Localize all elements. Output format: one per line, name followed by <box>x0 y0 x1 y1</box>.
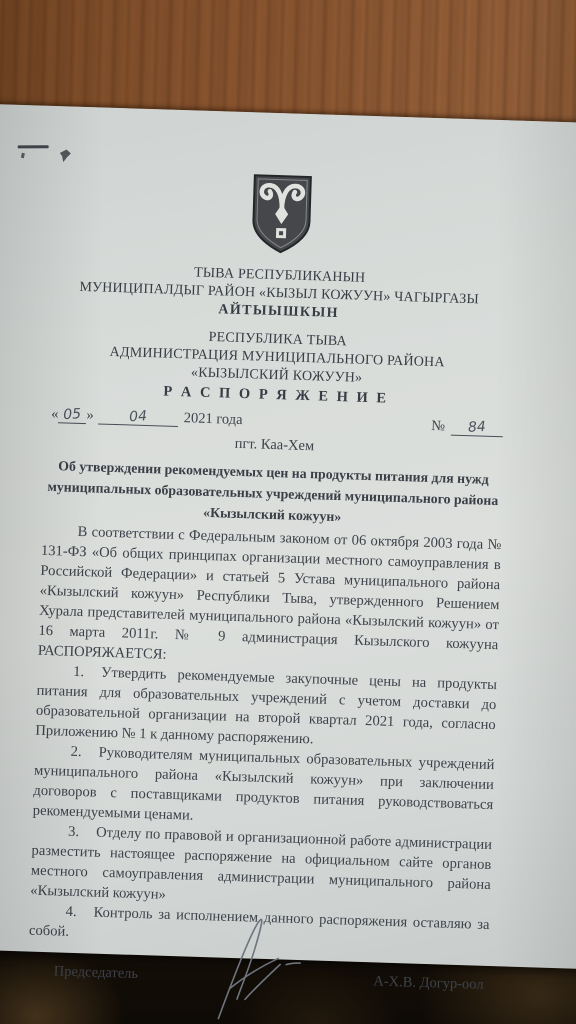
item-3-number: 3. <box>68 824 79 840</box>
handwritten-number: 84 <box>468 420 487 436</box>
pen-mark-dash <box>18 145 49 148</box>
date-field: «05»042021 года <box>51 406 243 429</box>
document-title: Об утверждении рекомендуемых цен на прод… <box>42 455 504 532</box>
item-2-text: Руководителям муниципальных образователь… <box>33 745 495 824</box>
signer-position: Председатель <box>53 963 138 983</box>
handwritten-month: 04 <box>128 409 147 425</box>
item-2-number: 2. <box>70 744 81 760</box>
handwritten-day: 05 <box>63 407 82 423</box>
item-1: 1.Утвердить рекомендуемые закупочные цен… <box>35 661 497 755</box>
tyva-coat-of-arms-icon <box>247 172 316 256</box>
item-3: 3.Отделу по правовой и организационной р… <box>30 821 492 915</box>
date-quote-close: » <box>86 407 94 423</box>
pen-mark-dot <box>21 153 25 159</box>
item-4-number: 4. <box>65 904 76 920</box>
year-label: 2021 года <box>183 410 242 428</box>
header-russian: РЕСПУБЛИКА ТЫВА АДМИНИСТРАЦИЯ МУНИЦИПАЛЬ… <box>46 324 508 412</box>
document-page: ТЫВА РЕСПУБЛИКАНЫН МУНИЦИПАЛДЫГ РАЙОН «К… <box>0 103 576 969</box>
header-tyvan: ТЫВА РЕСПУБЛИКАНЫН МУНИЦИПАЛДЫГ РАЙОН «К… <box>48 260 509 328</box>
item-1-text: Утвердить рекомендуемые закупочные цены … <box>35 665 497 748</box>
signer-name: А-Х.В. Догур-оол <box>373 973 484 993</box>
document-body: В соответствии с Федеральным законом от … <box>29 521 502 955</box>
number-sign: № <box>431 418 445 434</box>
intro-paragraph: В соответствии с Федеральным законом от … <box>38 521 502 675</box>
document-content: ТЫВА РЕСПУБЛИКАНЫН МУНИЦИПАЛДЫГ РАЙОН «К… <box>28 106 515 994</box>
item-2: 2.Руководителям муниципальных образовате… <box>32 741 494 835</box>
item-1-number: 1. <box>73 664 84 680</box>
number-field: №84 <box>431 418 503 437</box>
photo-of-paper-document: ТЫВА РЕСПУБЛИКАНЫН МУНИЦИПАЛДЫГ РАЙОН «К… <box>0 0 576 1024</box>
item-3-text: Отделу по правовой и организационной раб… <box>30 825 492 903</box>
